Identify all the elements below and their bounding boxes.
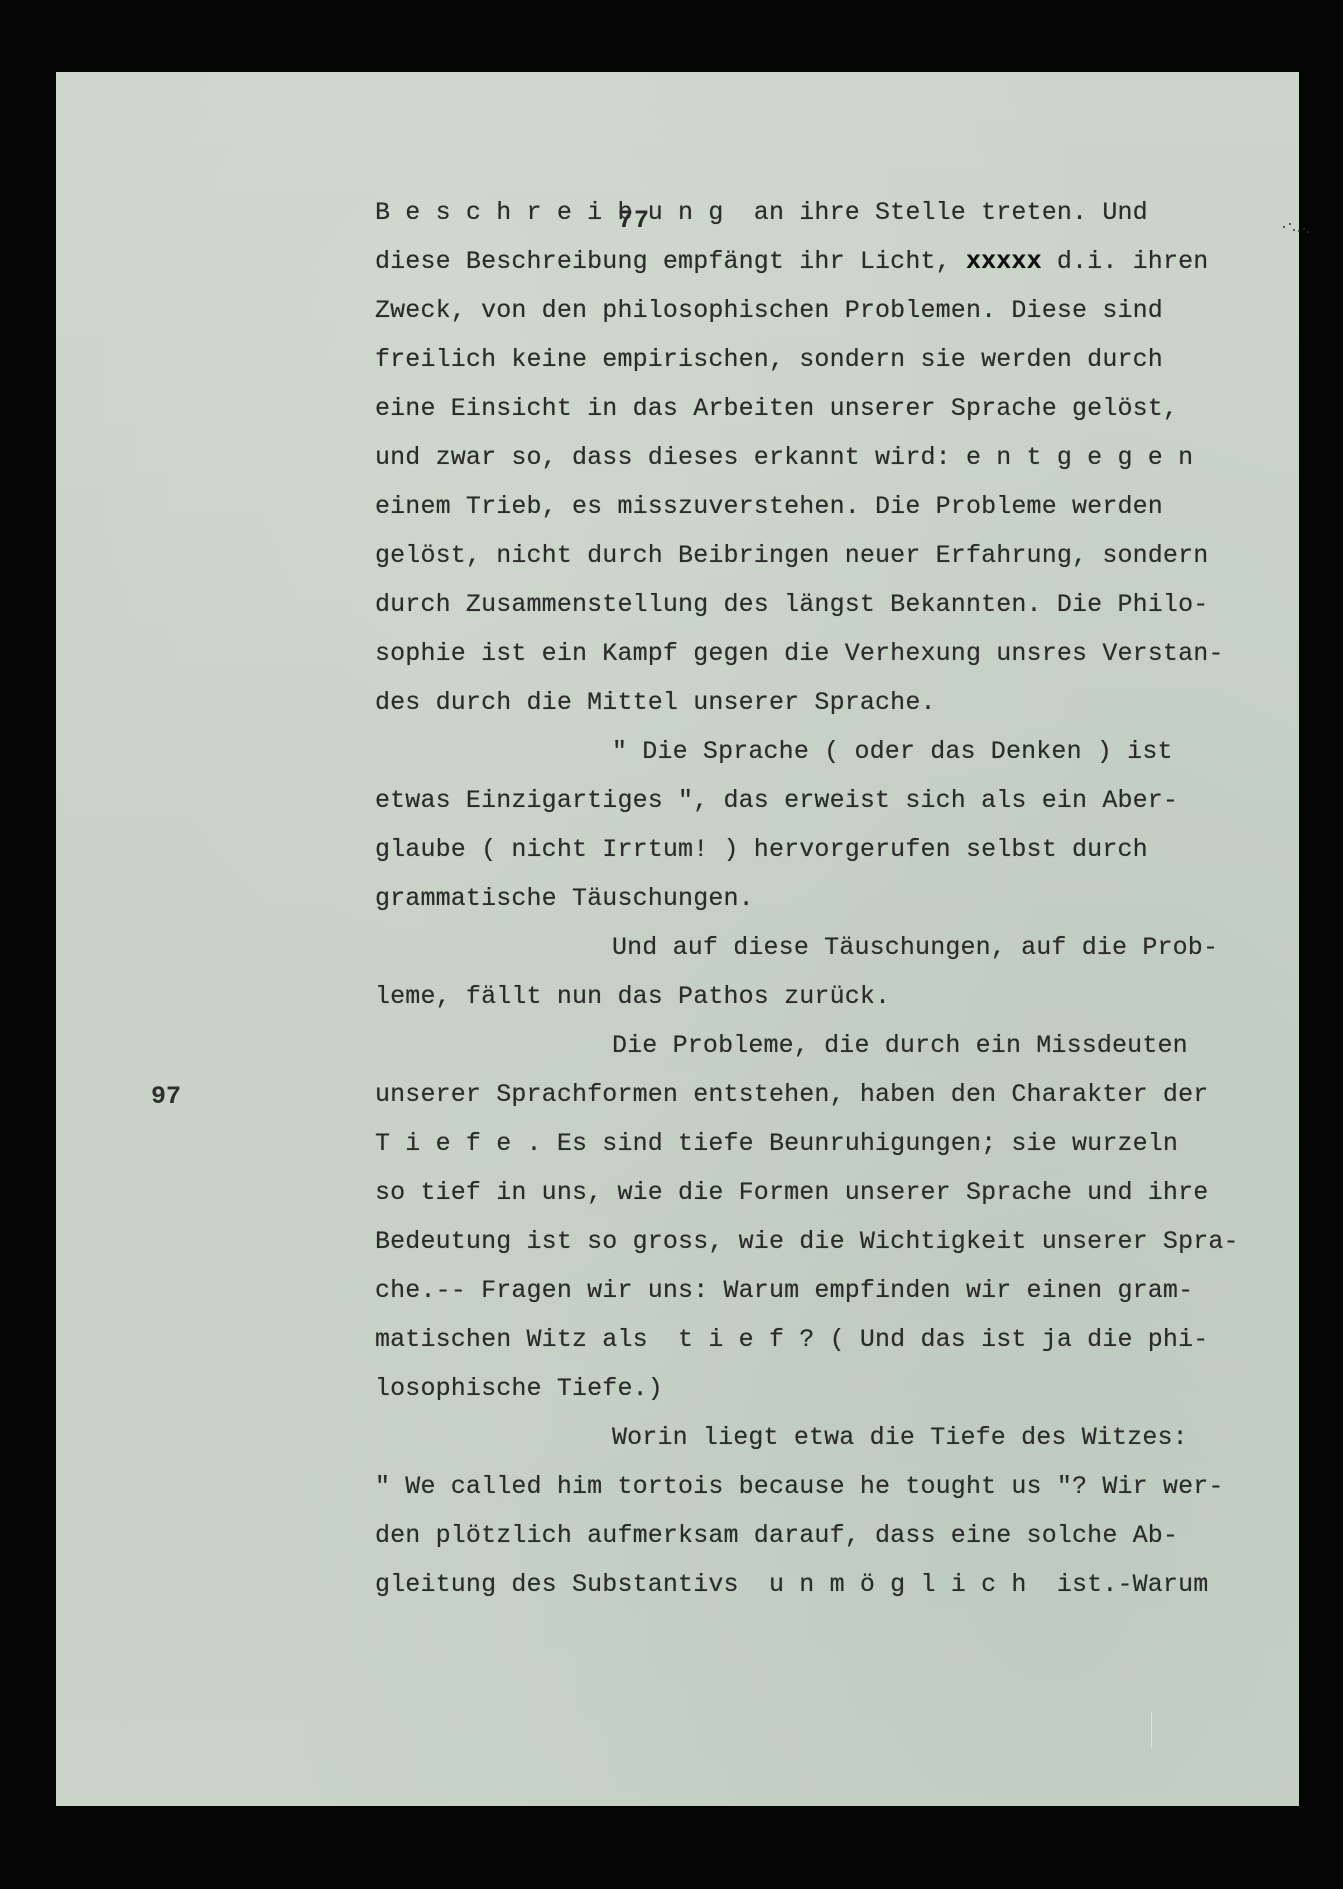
text-line-indented: " Die Sprache ( oder das Denken ) ist: [612, 727, 1173, 776]
text-line: losophische Tiefe.): [375, 1364, 663, 1413]
text-line-indented: Und auf diese Täuschungen, auf die Prob-: [612, 923, 1218, 972]
typewritten-page: 77 97 B e s c h r e i b u n g an ihre St…: [56, 72, 1299, 1806]
text-line: diese Beschreibung empfängt ihr Licht, x…: [375, 237, 1208, 286]
text-line: den plötzlich aufmerksam darauf, dass ei…: [375, 1511, 1178, 1560]
text-line: gleitung des Substantivs u n m ö g l i c…: [375, 1560, 1208, 1609]
margin-note-number: 97: [151, 1082, 181, 1111]
text-line: " We called him tortois because he tough…: [375, 1462, 1224, 1511]
text-line: und zwar so, dass dieses erkannt wird: e…: [375, 433, 1193, 482]
text-line: B e s c h r e i b u n g an ihre Stelle t…: [375, 188, 1148, 237]
text-segment: leitung des Substantivs u n m ö g l i c …: [390, 1570, 1208, 1599]
text-line: durch Zusammenstellung des längst Bekann…: [375, 580, 1208, 629]
text-segment: d.i. ihren: [1042, 247, 1209, 276]
text-line: glaube ( nicht Irrtum! ) hervorgerufen s…: [375, 825, 1148, 874]
text-line: einem Trieb, es misszuverstehen. Die Pro…: [375, 482, 1163, 531]
text-segment: g: [375, 1570, 390, 1599]
struck-out-word: xxxxx: [966, 247, 1042, 276]
text-line: leme, fällt nun das Pathos zurück.: [375, 972, 890, 1021]
text-line: gelöst, nicht durch Beibringen neuer Erf…: [375, 531, 1208, 580]
text-line: T i e f e . Es sind tiefe Beunruhigungen…: [375, 1119, 1178, 1168]
text-line: sophie ist ein Kampf gegen die Verhexung…: [375, 629, 1224, 678]
text-line: unserer Sprachformen entstehen, haben de…: [375, 1070, 1208, 1119]
text-line: des durch die Mittel unserer Sprache.: [375, 678, 936, 727]
text-line: che.-- Fragen wir uns: Warum empfinden w…: [375, 1266, 1193, 1315]
text-line: so tief in uns, wie die Formen unserer S…: [375, 1168, 1208, 1217]
paper-crease: [1151, 1712, 1152, 1748]
text-line: Bedeutung ist so gross, wie die Wichtigk…: [375, 1217, 1239, 1266]
text-line: freilich keine empirischen, sondern sie …: [375, 335, 1163, 384]
text-line: eine Einsicht in das Arbeiten unserer Sp…: [375, 384, 1178, 433]
text-line: Zweck, von den philosophischen Problemen…: [375, 286, 1163, 335]
text-line-indented: Die Probleme, die durch ein Missdeuten: [612, 1021, 1188, 1070]
text-line: matischen Witz als t i e f ? ( Und das i…: [375, 1315, 1208, 1364]
text-line: grammatische Täuschungen.: [375, 874, 754, 923]
text-line-indented: Worin liegt etwa die Tiefe des Witzes:: [612, 1413, 1188, 1462]
text-segment: diese Beschreibung empfängt ihr Licht,: [375, 247, 966, 276]
text-line: etwas Einzigartiges ", das erweist sich …: [375, 776, 1178, 825]
ink-speckles: [1281, 222, 1311, 236]
